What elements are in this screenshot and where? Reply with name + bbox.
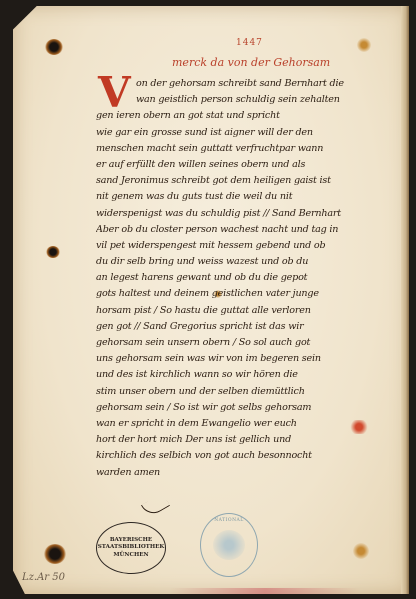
- wormhole-bottom-left: [44, 544, 66, 564]
- text-line: du dir selb bring und weiss wazest und o…: [96, 254, 382, 270]
- text-line: und des ist kirchlich wann so wir hören …: [96, 367, 382, 383]
- text-line: Aber ob du closter person wachest nacht …: [96, 222, 382, 238]
- stain-bottom-right: [353, 543, 369, 559]
- text-line: on der gehorsam schreibt sand Bernhart d…: [96, 76, 382, 92]
- stain-top-right: [357, 38, 371, 52]
- text-line: gen got // Sand Gregorius spricht ist da…: [96, 319, 382, 335]
- text-line: wan geistlich person schuldig sein zehal…: [96, 92, 382, 108]
- text-line: vil pet widerspengest mit hessem gebend …: [96, 238, 382, 254]
- stamp-line: STAATSBIBLIOTHEK: [98, 544, 165, 552]
- text-line: er auf erfüllt den willen seines obern u…: [96, 157, 382, 173]
- page-binding-edge: [401, 6, 409, 594]
- text-line: gehorsam sein / So ist wir got selbs geh…: [96, 400, 382, 416]
- manuscript-text-block: on der gehorsam schreibt sand Bernhart d…: [96, 76, 382, 481]
- stamp-ring-text: NATIONAL: [201, 518, 257, 523]
- wormhole-mid-left: [46, 246, 60, 258]
- wormhole-top-left: [45, 39, 63, 55]
- rubric-heading: merck da von der Gehorsam: [172, 56, 330, 69]
- library-stamp: BAYERISCHE STAATSBIBLIOTHEK MÜNCHEN: [96, 522, 166, 574]
- text-line: uns gehorsam sein was wir von im begeren…: [96, 351, 382, 367]
- text-line: hort der hort mich Der uns ist gellich u…: [96, 432, 382, 448]
- text-line: gots haltest und deinem geistlichen vate…: [96, 286, 382, 302]
- text-line: wie gar ein grosse sund ist aigner will …: [96, 125, 382, 141]
- text-line: an legest harens gewant und ob du die ge…: [96, 270, 382, 286]
- text-line: gen ieren obern an got stat und spricht: [96, 108, 382, 124]
- text-line: gehorsam sein unsern obern / So sol auch…: [96, 335, 382, 351]
- text-line: stim unser obern und der selben diemüttl…: [96, 384, 382, 400]
- text-line: wan er spricht in dem Ewangelio wer euch: [96, 416, 382, 432]
- bottom-edge-tint: [170, 588, 360, 594]
- crest-emblem-icon: [213, 530, 245, 560]
- national-library-stamp: NATIONAL: [200, 513, 258, 577]
- folio-number: 1447: [236, 38, 263, 48]
- text-line: menschen macht sein guttatt verfruchtpar…: [96, 141, 382, 157]
- stamp-line: MÜNCHEN: [113, 552, 148, 560]
- text-line: horsam pist / So hastu die guttat alle v…: [96, 303, 382, 319]
- stamp-line: BAYERISCHE: [110, 537, 152, 545]
- shelfmark-note: Lz.Ar 50: [22, 572, 65, 583]
- text-line: warden amen: [96, 465, 382, 481]
- text-line: widerspenigst was du schuldig pist // Sa…: [96, 206, 382, 222]
- text-line: kirchlich des selbich von got auch beson…: [96, 448, 382, 464]
- text-line: sand Jeronimus schreibt got dem heiligen…: [96, 173, 382, 189]
- text-line: nit genem was du guts tust die weil du n…: [96, 189, 382, 205]
